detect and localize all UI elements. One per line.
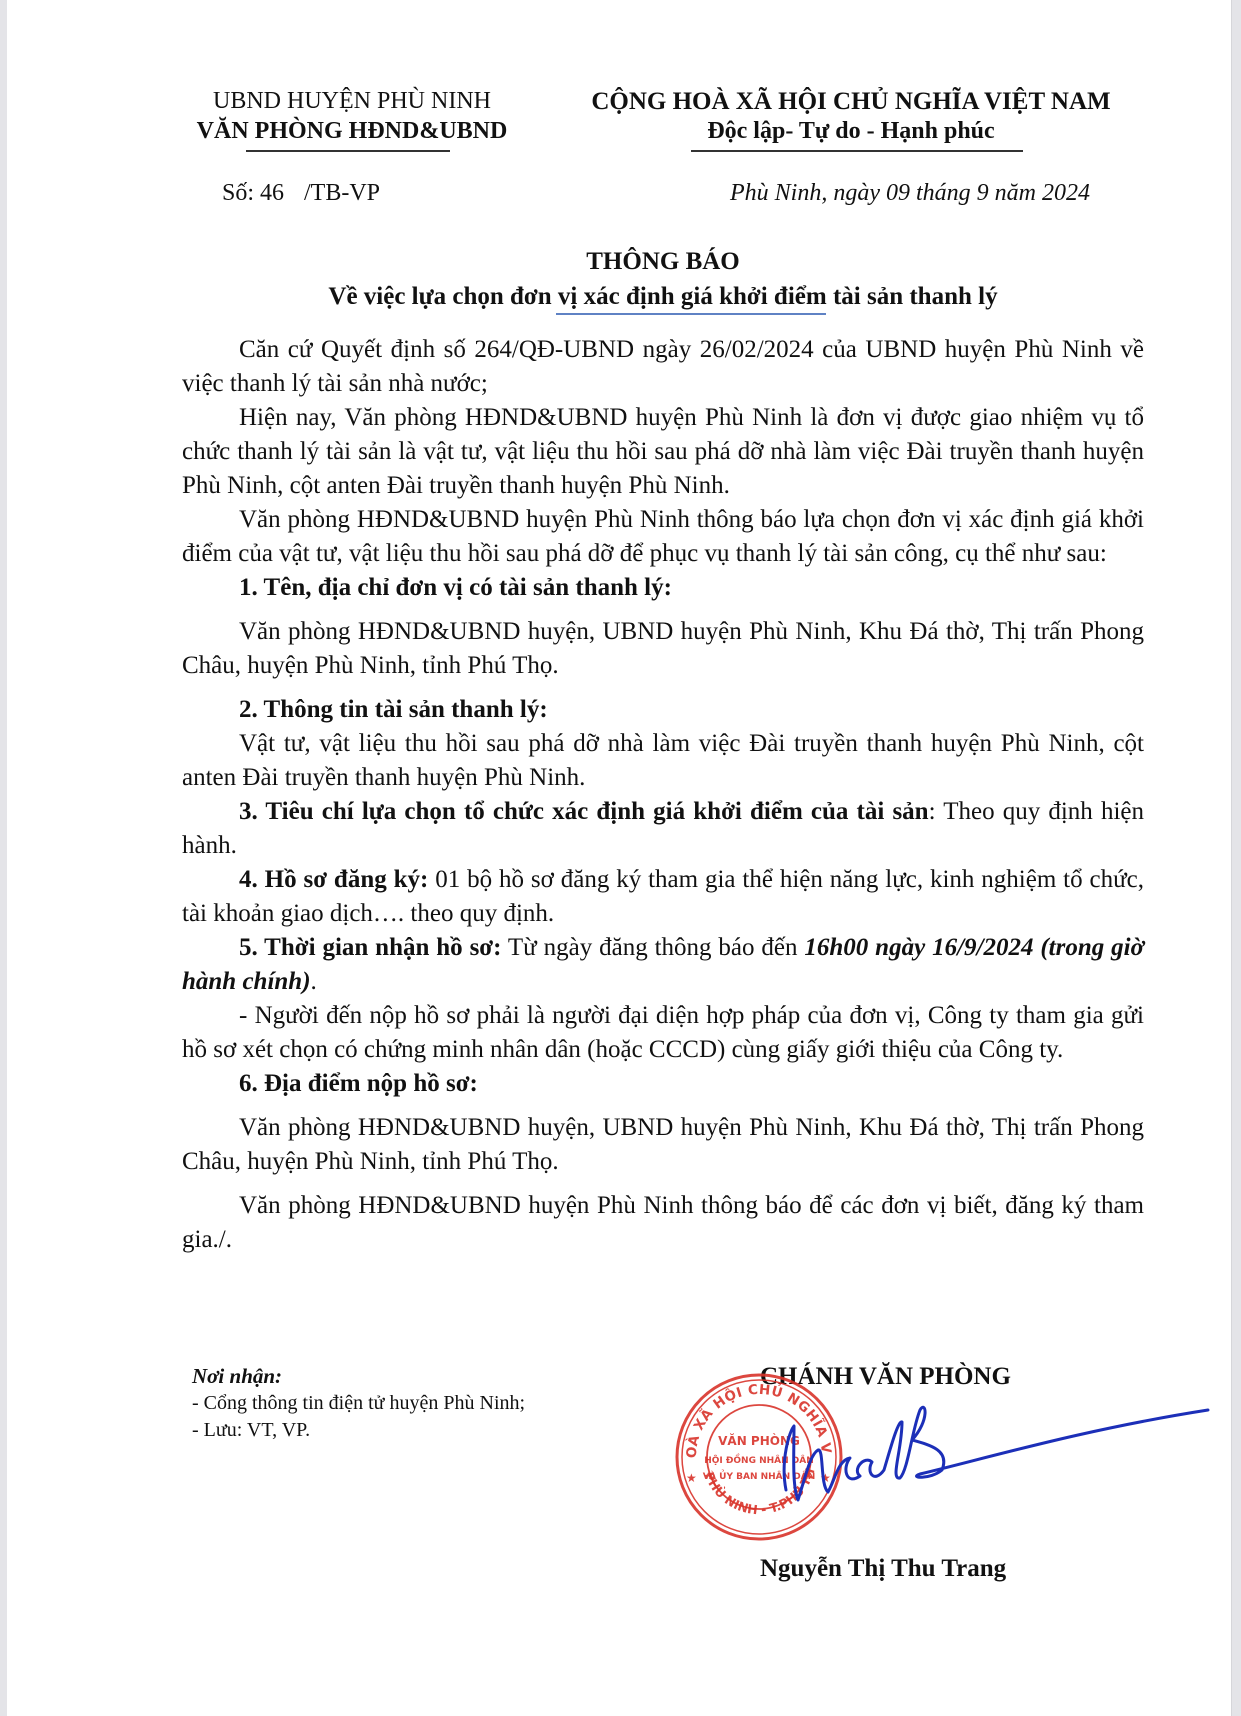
signer-name: Nguyễn Thị Thu Trang <box>760 1555 1006 1583</box>
document-number-suffix: /TB-VP <box>304 180 380 206</box>
body-paragraph: Văn phòng HĐND&UBND huyện, UBND huyện Ph… <box>182 615 1144 683</box>
issuing-office: VĂN PHÒNG HĐND&UBND <box>172 118 532 145</box>
document-title: THÔNG BÁO <box>182 248 1144 276</box>
body-text: Căn cứ Quyết định số 264/QĐ-UBND ngày 26… <box>182 336 1144 397</box>
body-text: Văn phòng HĐND&UBND huyện, UBND huyện Ph… <box>182 618 1144 679</box>
recipient-item: - Cổng thông tin điện tử huyện Phù Ninh; <box>192 1390 582 1417</box>
document-number: Số: 46/TB-VP <box>222 180 380 207</box>
body-paragraph: - Người đến nộp hồ sơ phải là người đại … <box>182 999 1144 1067</box>
document-subtitle: Về việc lựa chọn đơn vị xác định giá khở… <box>182 283 1144 311</box>
document-body: Căn cứ Quyết định số 264/QĐ-UBND ngày 26… <box>182 333 1144 1257</box>
spellcheck-underline <box>556 313 826 315</box>
national-motto-rule <box>691 150 1023 152</box>
body-text: - Người đến nộp hồ sơ phải là người đại … <box>182 1002 1144 1063</box>
national-motto: Độc lập- Tự do - Hạnh phúc <box>566 118 1136 145</box>
handwritten-signature-icon <box>780 1400 1210 1510</box>
body-paragraph: 1. Tên, địa chỉ đơn vị có tài sản thanh … <box>182 571 1144 605</box>
document-number-label: Số: 46 <box>222 180 284 206</box>
emphasized-text: 3. Tiêu chí lựa chọn tổ chức xác định gi… <box>239 798 929 825</box>
svg-text:★: ★ <box>686 1471 697 1485</box>
national-title: CỘNG HOÀ XÃ HỘI CHỦ NGHĨA VIỆT NAM <box>566 88 1136 116</box>
body-text: Văn phòng HĐND&UBND huyện Phù Ninh thông… <box>182 1192 1144 1253</box>
issuing-office-name: PHÒNG HĐND&UBND <box>255 118 508 144</box>
emphasized-text: 1. Tên, địa chỉ đơn vị có tài sản thanh … <box>239 574 672 601</box>
body-paragraph: Căn cứ Quyết định số 264/QĐ-UBND ngày 26… <box>182 333 1144 401</box>
body-text: Hiện nay, Văn phòng HĐND&UBND huyện Phù … <box>182 404 1144 499</box>
body-text: Văn phòng HĐND&UBND huyện Phù Ninh thông… <box>182 506 1144 567</box>
emphasized-text: 4. Hồ sơ đăng ký: <box>239 866 428 893</box>
body-paragraph: 5. Thời gian nhận hồ sơ: Từ ngày đăng th… <box>182 931 1144 999</box>
emphasized-text: 6. Địa điểm nộp hồ sơ: <box>239 1070 478 1097</box>
issuing-office-rule <box>246 150 450 152</box>
body-text: Từ ngày đăng thông báo đến <box>501 934 804 961</box>
body-paragraph: Văn phòng HĐND&UBND huyện Phù Ninh thông… <box>182 1189 1144 1257</box>
page-edge-right <box>1231 0 1241 1716</box>
body-paragraph: Văn phòng HĐND&UBND huyện Phù Ninh thông… <box>182 503 1144 571</box>
document-place-date: Phù Ninh, ngày 09 tháng 9 năm 2024 <box>660 180 1090 207</box>
body-paragraph: 4. Hồ sơ đăng ký: 01 bộ hồ sơ đăng ký th… <box>182 863 1144 931</box>
body-paragraph: 3. Tiêu chí lựa chọn tổ chức xác định gi… <box>182 795 1144 863</box>
body-paragraph: Văn phòng HĐND&UBND huyện, UBND huyện Ph… <box>182 1111 1144 1179</box>
body-paragraph: Hiện nay, Văn phòng HĐND&UBND huyện Phù … <box>182 401 1144 503</box>
body-text: Văn phòng HĐND&UBND huyện, UBND huyện Ph… <box>182 1114 1144 1175</box>
body-paragraph: 6. Địa điểm nộp hồ sơ: <box>182 1067 1144 1101</box>
body-paragraph: 2. Thông tin tài sản thanh lý: <box>182 693 1144 727</box>
recipients-title: Nơi nhận: <box>192 1363 582 1390</box>
body-text: Vật tư, vật liệu thu hồi sau phá dỡ nhà … <box>182 730 1144 791</box>
body-paragraph: Vật tư, vật liệu thu hồi sau phá dỡ nhà … <box>182 727 1144 795</box>
emphasized-text: 2. Thông tin tài sản thanh lý: <box>239 696 548 723</box>
issuing-authority: UBND HUYỆN PHÙ NINH <box>182 88 522 115</box>
issuing-office-prefix: VĂN <box>197 118 255 144</box>
page-edge-left <box>0 0 7 1716</box>
recipient-item: - Lưu: VT, VP. <box>192 1417 582 1444</box>
emphasized-text: 5. Thời gian nhận hồ sơ: <box>239 934 501 961</box>
body-text: . <box>311 968 317 995</box>
recipients-block: Nơi nhận: - Cổng thông tin điện tử huyện… <box>192 1363 582 1444</box>
